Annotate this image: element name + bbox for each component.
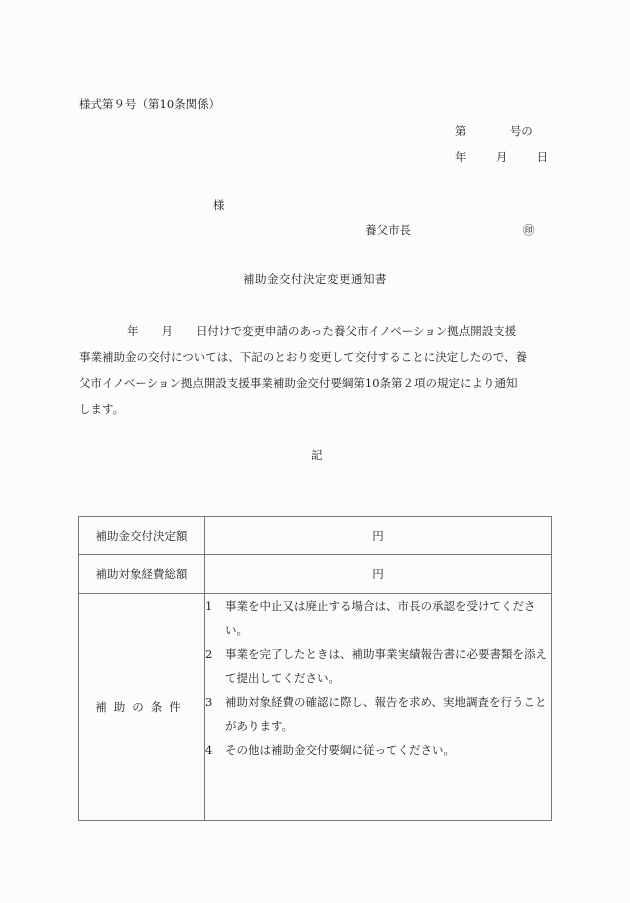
label-total-eligible-expenses: 補助対象経費総額: [79, 555, 205, 594]
reference-number: 第 号の: [455, 123, 533, 139]
table-row: 補助金交付決定額 円: [79, 517, 552, 555]
table-row: 補助の条件 1 事業を中止又は廃止する場合は、市長の承認を受けてください。 2 …: [79, 594, 552, 821]
condition-number: 4: [205, 738, 212, 762]
value-total-eligible-expenses[interactable]: 円: [205, 555, 552, 594]
condition-number: 2: [205, 642, 212, 666]
form-number: 様式第９号（第10条関係）: [79, 96, 220, 112]
condition-item: 3 補助対象経費の確認に際し、報告を求め、実地調査を行うことがあります。: [205, 690, 551, 738]
body-paragraph: 年 月 日付けで変更申請のあった養父市イノベーション拠点開設支援 事業補助金の交…: [79, 318, 554, 422]
yen-unit: 円: [372, 566, 384, 582]
date-day: 日: [537, 149, 549, 165]
condition-text: 事業を完了したときは、補助事業実績報告書に必要書類を添えて提出してください。: [225, 642, 551, 690]
details-table: 補助金交付決定額 円 補助対象経費総額 円 補助の条件 1 事業を中止又は廃止す…: [78, 516, 552, 821]
conditions-list: 1 事業を中止又は廃止する場合は、市長の承認を受けてください。 2 事業を完了し…: [205, 594, 552, 821]
body-line: 父市イノベーション拠点開設支援事業補助金交付要綱第10条第２項の規定により通知: [79, 370, 554, 396]
date-year: 年: [455, 149, 467, 165]
table-row: 補助対象経費総額 円: [79, 555, 552, 594]
addressee-honorific: 様: [213, 197, 225, 213]
condition-item: 4 その他は補助金交付要綱に従ってください。: [205, 738, 551, 762]
condition-number: 3: [205, 690, 212, 714]
body-line: 年 月 日付けで変更申請のあった養父市イノベーション拠点開設支援: [79, 318, 554, 344]
issue-date: 年 月 日: [455, 149, 548, 165]
value-grant-decision-amount[interactable]: 円: [205, 517, 552, 555]
reference-suffix: 号の: [510, 123, 533, 139]
label-grant-decision-amount: 補助金交付決定額: [79, 517, 205, 555]
sender-name: 養父市長: [365, 222, 411, 238]
ki-heading: 記: [311, 447, 323, 463]
reference-prefix: 第: [455, 123, 467, 139]
body-line: 事業補助金の交付については、下記のとおり変更して交付することに決定したので、養: [79, 344, 554, 370]
condition-text: その他は補助金交付要綱に従ってください。: [225, 738, 551, 762]
condition-item: 1 事業を中止又は廃止する場合は、市長の承認を受けてください。: [205, 594, 551, 642]
label-grant-conditions: 補助の条件: [79, 594, 205, 821]
date-month: 月: [496, 149, 508, 165]
yen-unit: 円: [372, 528, 384, 544]
condition-text: 補助対象経費の確認に際し、報告を求め、実地調査を行うことがあります。: [225, 690, 551, 738]
condition-item: 2 事業を完了したときは、補助事業実績報告書に必要書類を添えて提出してください。: [205, 642, 551, 690]
condition-number: 1: [205, 594, 212, 618]
body-line: します。: [79, 396, 554, 422]
document-title: 補助金交付決定変更通知書: [0, 271, 630, 287]
seal-mark: ㊞: [523, 222, 535, 238]
condition-text: 事業を中止又は廃止する場合は、市長の承認を受けてください。: [225, 594, 551, 642]
